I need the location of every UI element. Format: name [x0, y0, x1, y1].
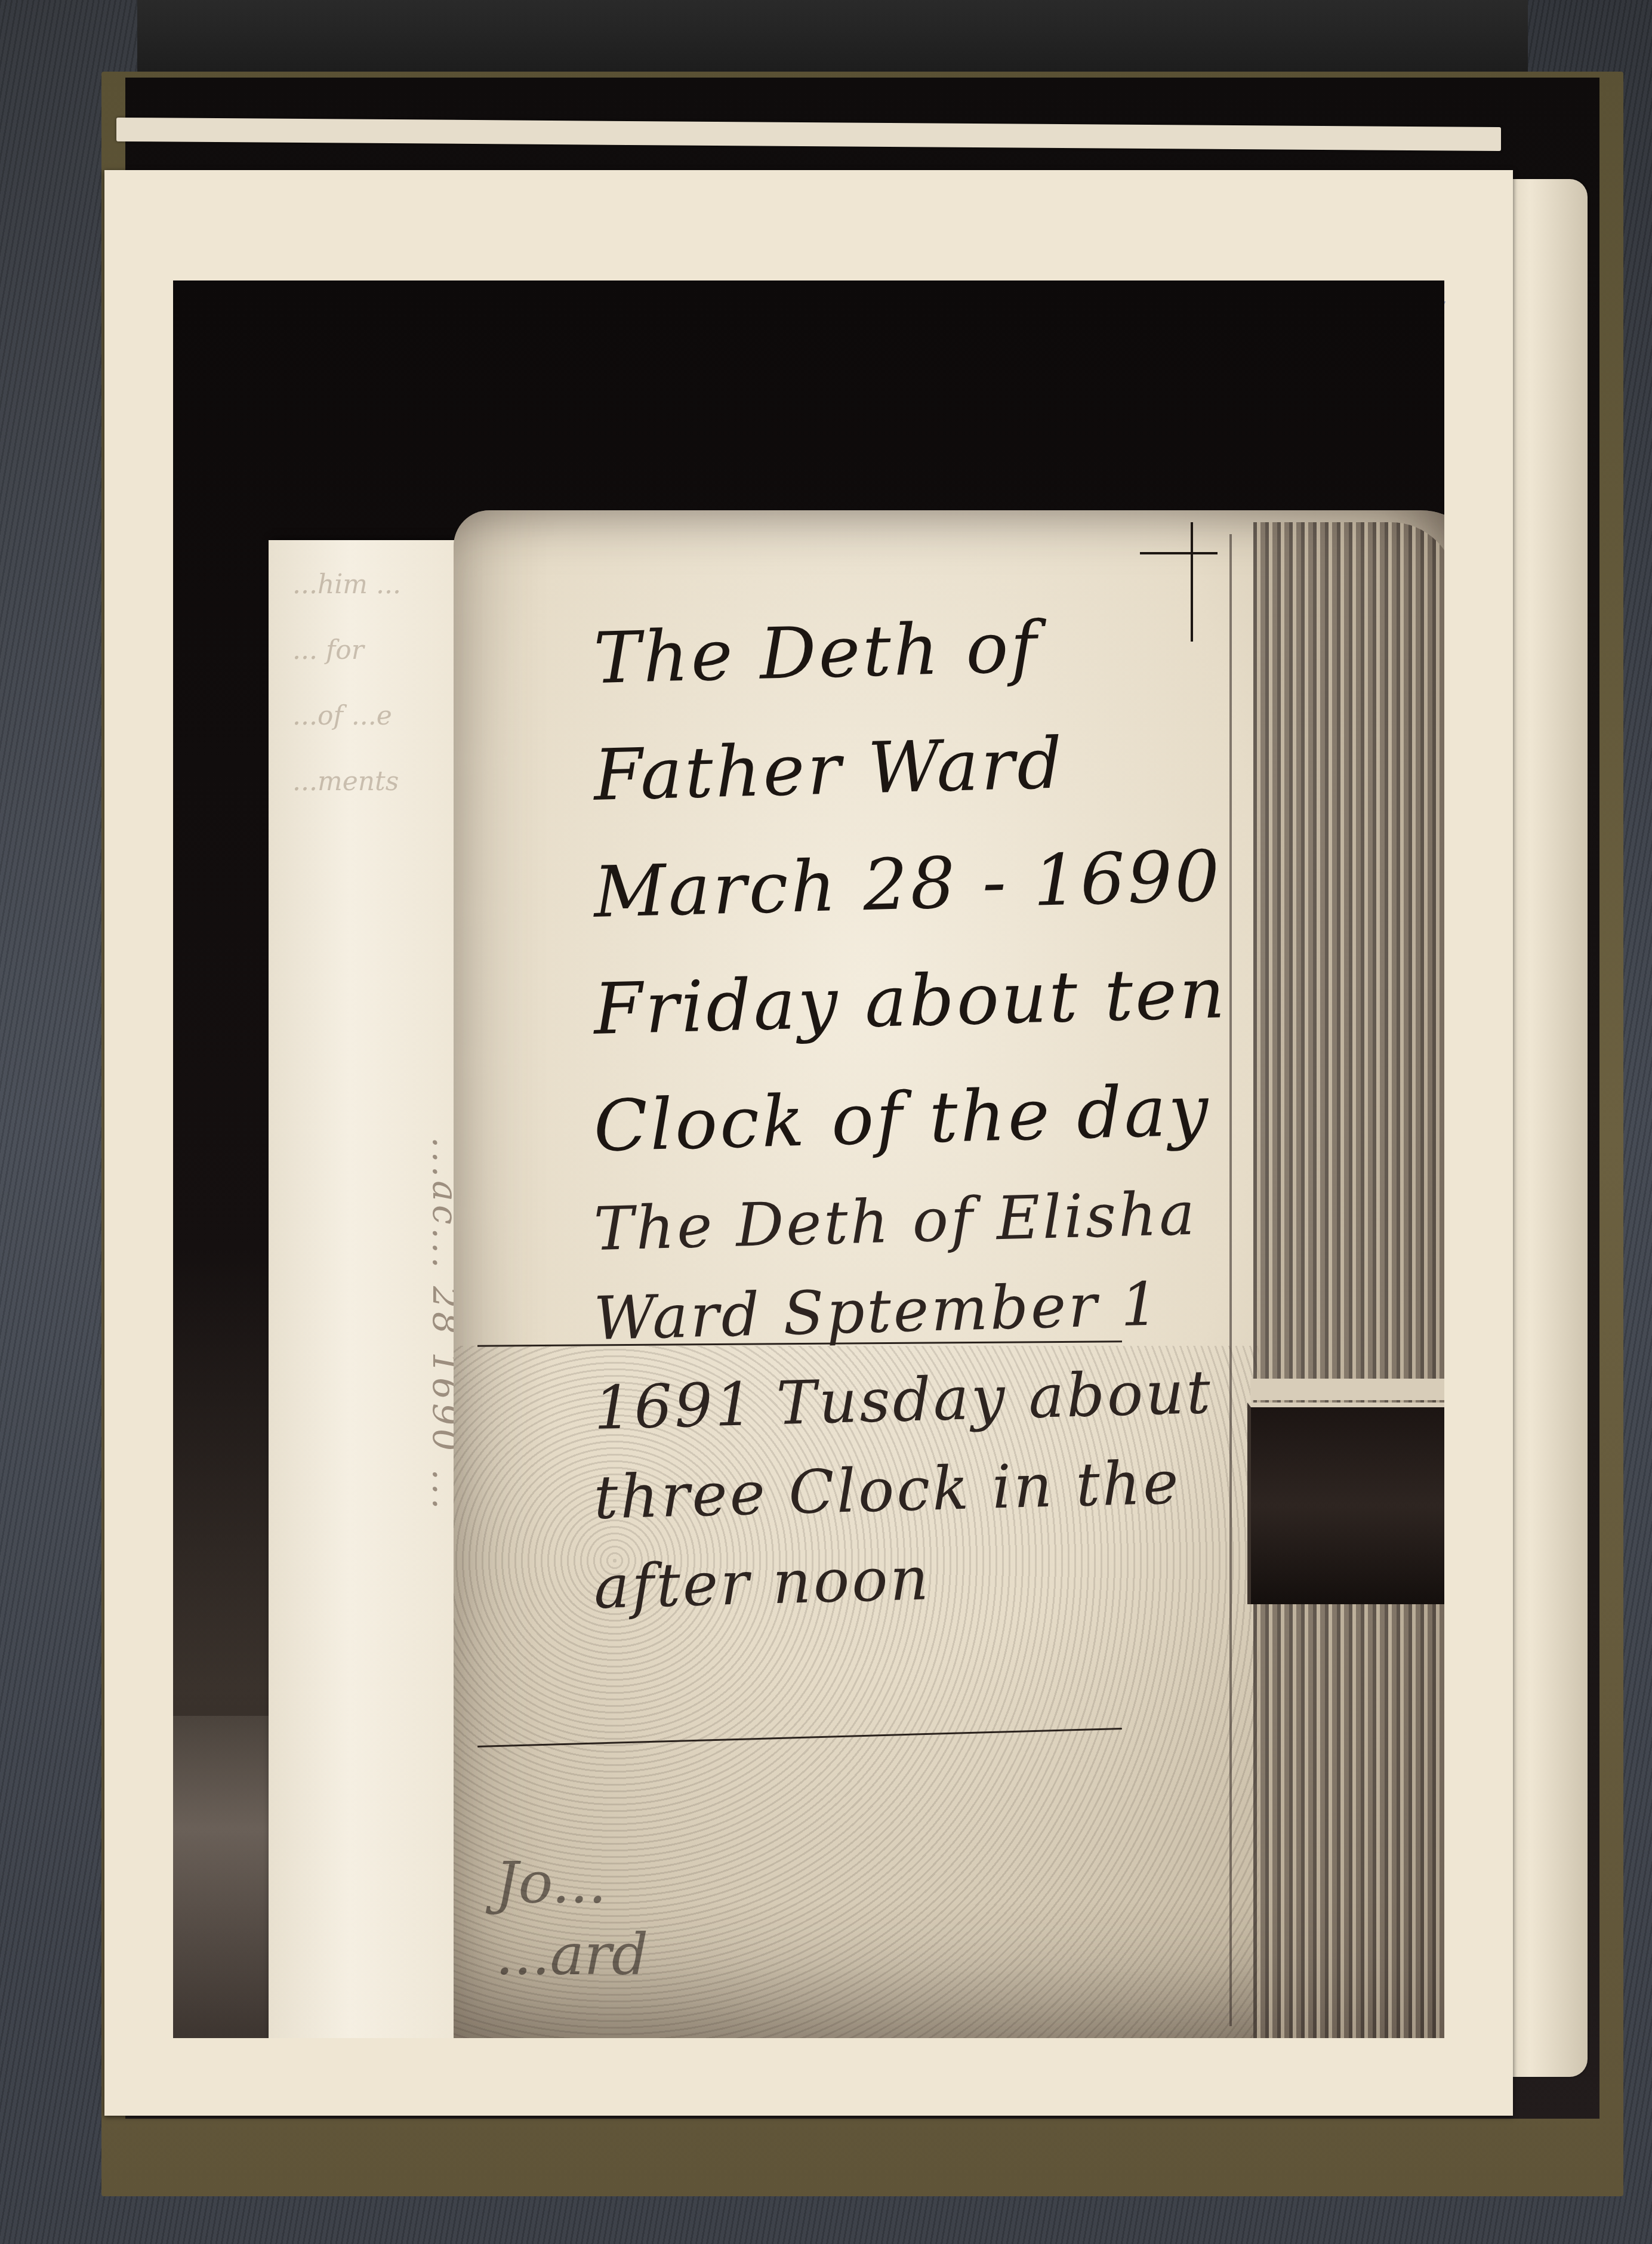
- entry-two-line: 1691 Tusday about: [593, 1346, 1252, 1453]
- entry-two-line: three Clock in the: [593, 1436, 1252, 1543]
- entry-one-line: The Deth of: [592, 582, 1252, 717]
- entry-one-line: March 28 - 1690: [592, 816, 1252, 951]
- entry-two-line: The Deth of Elisha: [593, 1167, 1252, 1274]
- clasp-strap-edge: [1250, 1379, 1444, 1400]
- end-rule: [477, 1728, 1122, 1747]
- faint-lower-line: Jo...: [495, 1847, 648, 1919]
- photo-image-area: ...him ... ... for ...of ...e ...ments .…: [173, 280, 1444, 2038]
- book-fore-edge: [1253, 522, 1444, 2038]
- handwritten-entries: The Deth of Father Ward March 28 - 1690 …: [594, 600, 1250, 1632]
- faint-lower-line: ...ard: [495, 1919, 648, 1990]
- entry-one-line: Father Ward: [592, 699, 1252, 834]
- book-right-page: The Deth of Father Ward March 28 - 1690 …: [454, 510, 1444, 2038]
- cross-mark-icon: [1140, 552, 1218, 554]
- book-clasp: [1247, 1402, 1444, 1604]
- faint-line: ...of ...e: [292, 683, 454, 749]
- left-page-faint-writing: ...him ... ... for ...of ...e ...ments: [292, 552, 454, 815]
- entry-two-line: Ward Sptember 1: [593, 1257, 1252, 1364]
- entry-one-line: Friday about ten: [592, 933, 1252, 1068]
- faint-line: ... for: [292, 618, 454, 683]
- photograph-print: ...him ... ... for ...of ...e ...ments .…: [104, 170, 1513, 2116]
- entry-two-line: after noon: [593, 1525, 1252, 1632]
- entry-one-line: Clock of the day: [592, 1050, 1252, 1185]
- faint-line: ...him ...: [292, 552, 454, 618]
- faint-line: ...ments: [292, 749, 454, 815]
- book-left-page: ...him ... ... for ...of ...e ...ments .…: [269, 540, 471, 2038]
- faint-lower-writing: Jo... ...ard: [495, 1847, 648, 1990]
